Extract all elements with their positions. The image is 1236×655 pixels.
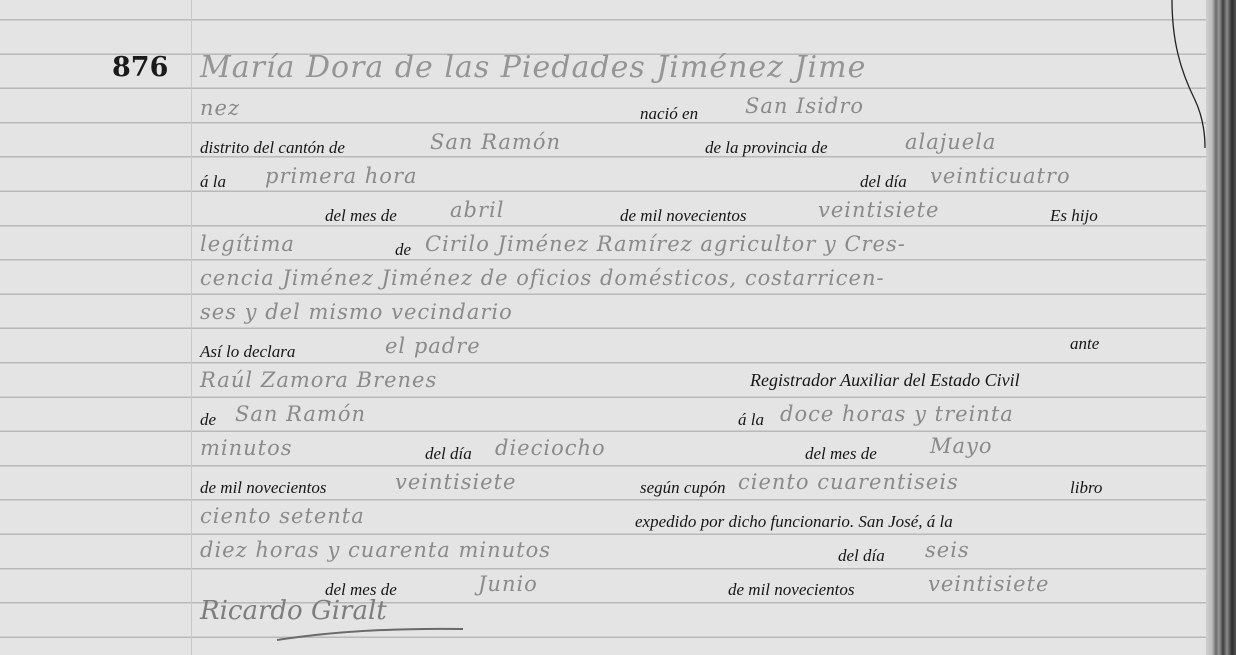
hour-field: primera hora (265, 164, 418, 188)
label-of-month: del mes de (325, 206, 397, 226)
label-at-the: á la (200, 172, 226, 192)
label-before: ante (1070, 334, 1099, 354)
birth-place-field: San Isidro (745, 94, 864, 118)
registrant-name: María Dora de las Piedades Jiménez Jime (200, 50, 866, 85)
label-of-day: del día (860, 172, 907, 192)
registration-hour-field: doce horas y treinta (780, 402, 1014, 426)
label-of: de (395, 240, 411, 260)
label-per-coupon: según cupón (640, 478, 725, 498)
registrar-name-field: Raúl Zamora Brenes (200, 368, 437, 392)
parents-line-2: cencia Jiménez Jiménez de oficios domést… (200, 266, 885, 290)
parents-line-1: Cirilo Jiménez Ramírez agricultor y Cres… (425, 232, 906, 256)
issue-month-field: Junio (478, 572, 538, 596)
label-issued-by: expedido por dicho funcionario. San José… (635, 512, 953, 532)
birth-day-field: veinticuatro (930, 164, 1071, 188)
registration-day-field: dieciocho (495, 436, 606, 460)
book-binding (1206, 0, 1236, 655)
province-field: alajuela (905, 130, 996, 154)
ledger-page (0, 0, 1206, 655)
margin-line (191, 0, 192, 655)
signature-flourish (275, 625, 465, 643)
birth-month-field: abril (450, 198, 504, 222)
label-nineteen-hundred-2: de mil novecientos (200, 478, 327, 498)
label-at-hour: á la (738, 410, 764, 430)
minutes-word: minutos (200, 436, 293, 460)
label-book: libro (1070, 478, 1102, 498)
coupon-number-field: ciento cuarentiseis (738, 470, 959, 494)
label-of-month-2: del mes de (805, 444, 877, 464)
label-nineteen-hundred: de mil novecientos (620, 206, 747, 226)
canton-field: San Ramón (430, 130, 561, 154)
label-of-day-2: del día (425, 444, 472, 464)
registrar-title: Registrador Auxiliar del Estado Civil (750, 370, 1020, 391)
label-nineteen-hundred-3: de mil novecientos (728, 580, 855, 600)
issue-time-field: diez horas y cuarenta minutos (200, 538, 551, 562)
registrant-name-cont: nez (200, 96, 240, 120)
legitimacy-field: legítima (200, 232, 295, 256)
birth-year-field: veintisiete (818, 198, 939, 222)
issue-day-field: seis (925, 538, 970, 562)
label-district-canton: distrito del cantón de (200, 138, 345, 158)
registration-month-field: Mayo (930, 434, 993, 458)
parents-line-3: ses y del mismo vecindario (200, 300, 513, 324)
registration-year-field: veintisiete (395, 470, 516, 494)
label-is-child: Es hijo (1050, 206, 1098, 226)
book-number-field: ciento setenta (200, 504, 365, 528)
label-of-place: de (200, 410, 216, 430)
registrar-signature: Ricardo Giralt (200, 596, 387, 626)
label-province: de la provincia de (705, 138, 828, 158)
margin-bracket-line (1150, 0, 1210, 150)
label-declares: Así lo declara (200, 342, 295, 362)
entry-number: 876 (112, 52, 168, 83)
label-of-day-3: del día (838, 546, 885, 566)
issue-year-field: veintisiete (928, 572, 1049, 596)
label-born-in: nació en (640, 104, 698, 124)
registrar-place-field: San Ramón (235, 402, 366, 426)
declarant-field: el padre (385, 334, 481, 358)
